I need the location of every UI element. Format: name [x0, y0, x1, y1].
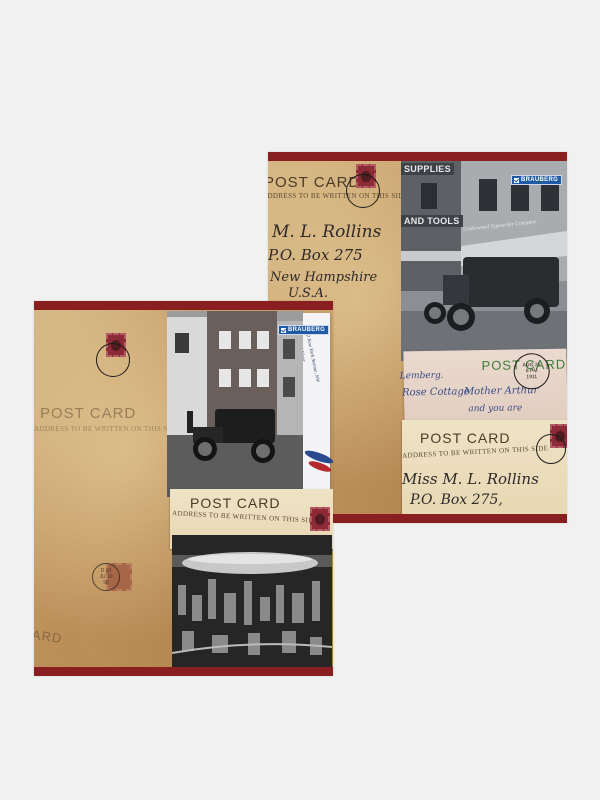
handwriting-line: P.O. Box 275, — [410, 492, 503, 508]
handwriting-line: P.O. Box 275 — [268, 246, 363, 264]
handwriting-line: U.S.A. — [288, 286, 328, 301]
handwriting-line: M. L. Rollins — [272, 222, 381, 242]
handwriting-line: New Hampshire — [270, 270, 377, 285]
checkmark-logo-icon — [281, 328, 286, 333]
brand-label: BRAUBERG — [521, 177, 558, 183]
brauberg-logo: BRAUBERG — [278, 325, 329, 335]
envelope-address-line: 1212 New York Avenue, NW — [303, 327, 320, 383]
handwriting-line: Lemberg. — [400, 371, 444, 382]
notebook-front-cover: POST CARD ADDRESS TO BE WRITTEN ON THIS … — [34, 301, 333, 676]
postmark-icon — [346, 174, 380, 208]
photo-delivery-truck: SUPPLIES AND TOOLS Underwood Typewriter … — [401, 161, 567, 361]
postcard-subtitle: ADDRESS TO BE WRITTEN ON THIS SIDE — [172, 509, 319, 525]
checkmark-logo-icon — [514, 178, 519, 183]
postmark-icon: D 10 JU 10 90 — [92, 563, 120, 591]
postcard-title: POST CARD — [190, 495, 280, 511]
handwriting-line: Miss M. L. Rollins — [402, 470, 539, 488]
photo-zeppelin-city — [172, 535, 332, 667]
shop-sign: SUPPLIES — [401, 163, 454, 175]
brauberg-logo: BRAUBERG — [511, 175, 562, 185]
postmark-icon — [536, 434, 566, 464]
top-red-band — [34, 301, 333, 310]
postcard-title: POST CARD — [420, 430, 510, 446]
postcard-subtitle: ADDRESS TO BE WRITTEN ON THIS SIDE — [402, 444, 549, 460]
bottom-red-band — [34, 667, 333, 676]
postcard-title: POST CARD — [40, 405, 136, 422]
postcard-subtitle: ADDRESS TO BE WRITTEN ON THIS SIDE — [34, 425, 180, 433]
shop-sign: AND TOOLS — [401, 215, 463, 227]
postcard-green: POST CARD Lemberg. Rose Cottage Mother A… — [403, 349, 567, 432]
handwriting-line: and you are — [468, 403, 522, 414]
brand-label: BRAUBERG — [288, 327, 325, 333]
top-red-band — [268, 152, 567, 161]
postcard-subtitle: ADDRESS TO BE WRITTEN ON THIS SIDE — [268, 192, 408, 200]
postmark-icon — [96, 343, 130, 377]
photo-vintage-car — [167, 311, 303, 497]
postage-stamp — [310, 507, 330, 531]
handwriting-line: Rose Cottage — [402, 386, 470, 398]
postmark-icon: AUG 26 6 PM 1911 — [513, 353, 550, 390]
postcard-bottom: POST CARD ADDRESS TO BE WRITTEN ON THIS … — [402, 420, 567, 520]
